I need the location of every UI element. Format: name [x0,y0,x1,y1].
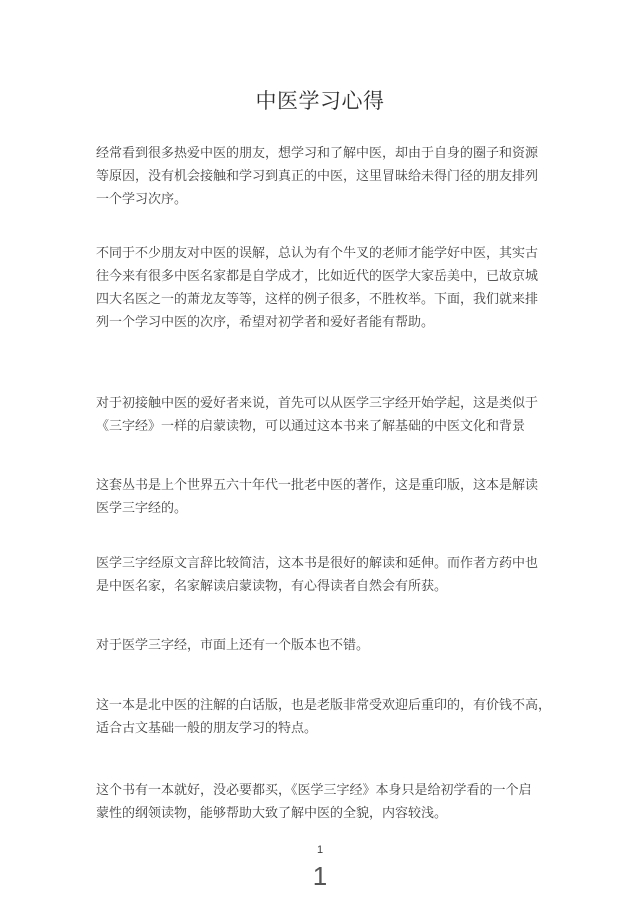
paragraph-annotation-quality: 医学三字经原文言辞比较简洁，这本书是很好的解读和延伸。而作者方药中也 是中医名家… [96,551,558,597]
paragraph-misunderstanding: 不同于不少朋友对中医的误解，总认为有个牛叉的老师才能学好中医，其实古 往今来有很… [96,241,558,333]
paragraph-other-version: 对于医学三字经，市面上还有一个版本也不错。 [96,633,558,656]
paragraph-vernacular-edition: 这一本是北中医的注解的白话版，也是老版非常受欢迎后重印的，有价钱不高， 适合古文… [96,693,558,739]
viewer-page-number: 1 [0,861,640,891]
paragraph-book-series: 这套丛书是上个世界五六十年代一批老中医的著作，这是重印版，这本是解读 医学三字经… [96,473,558,519]
page-title: 中医学习心得 [0,88,640,116]
document-page: 中医学习心得 经常看到很多热爱中医的朋友，想学习和了解中医，却由于自身的圈子和资… [0,0,640,905]
paragraph-beginner-start: 对于初接触中医的爱好者来说，首先可以从医学三字经开始学起，这是类似于 《三字经》… [96,391,558,437]
paragraph-intro: 经常看到很多热爱中医的朋友，想学习和了解中医，却由于自身的圈子和资源 等原因，没… [96,141,558,210]
paragraph-buying-advice: 这个书有一本就好，没必要都买，《医学三字经》本身只是给初学看的一个启 蒙性的纲领… [96,778,558,824]
document-page-number: 1 [0,843,640,857]
